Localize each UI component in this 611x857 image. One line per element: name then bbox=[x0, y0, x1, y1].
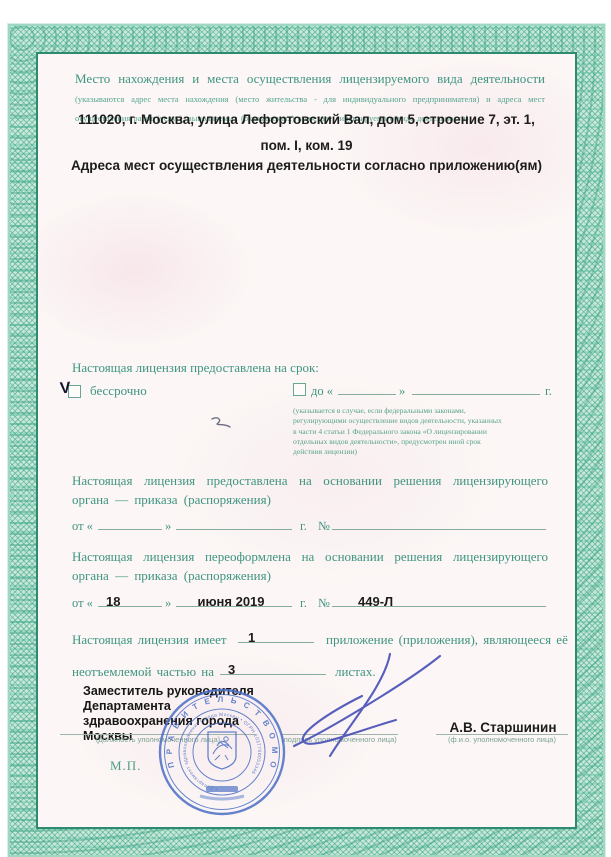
address-line-2: пом. I, ком. 19 bbox=[38, 138, 575, 153]
granted-day-field[interactable] bbox=[98, 515, 162, 530]
until-label: до « bbox=[311, 384, 333, 399]
perpetual-checkbox-mark: V bbox=[59, 380, 71, 399]
stamp-coat-of-arms bbox=[208, 732, 236, 769]
reissued-from-label: от « bbox=[72, 596, 93, 611]
term-section-label: Настоящая лицензия предоставлена на срок… bbox=[72, 360, 319, 376]
address-line-3: Адреса мест осуществления деятельности с… bbox=[38, 158, 575, 173]
signature-ink bbox=[268, 634, 458, 784]
term-note: (указывается в случае, если федеральными… bbox=[293, 406, 505, 457]
until-year-suffix: г. bbox=[545, 384, 552, 399]
until-quote-close: » bbox=[399, 384, 405, 399]
certificate-guilloche-border: Место нахождения и места осуществления л… bbox=[8, 24, 605, 834]
perpetual-label: бессрочно bbox=[90, 383, 147, 399]
certificate-content-area: Место нахождения и места осуществления л… bbox=[36, 52, 577, 829]
stamp-inner-ring-text: • Департамент здравоохранения города Мос… bbox=[183, 712, 262, 791]
granted-section-text: Настоящая лицензия предоставлена на осно… bbox=[72, 472, 548, 510]
annex-part1: Настоящая лицензия имеет bbox=[72, 632, 227, 648]
granted-year-suffix: г. bbox=[300, 519, 307, 534]
annex-count-value: 1 bbox=[248, 630, 255, 645]
location-section-main-text: Место нахождения и места осуществления л… bbox=[75, 71, 545, 86]
reissued-number-label: № bbox=[318, 596, 330, 611]
granted-date-field[interactable] bbox=[176, 515, 292, 530]
granted-number-label: № bbox=[318, 519, 330, 534]
reissued-year-suffix: г. bbox=[300, 596, 307, 611]
svg-text:• Департамент здравоохранения: • Департамент здравоохранения города Мос… bbox=[183, 712, 262, 791]
granted-number-field[interactable] bbox=[332, 515, 546, 530]
stamp-bottom-banner bbox=[206, 786, 238, 792]
reissued-number-value: 449-Л bbox=[358, 594, 393, 609]
reissued-section-text: Настоящая лицензия переоформлена на осно… bbox=[72, 548, 548, 586]
ink-smudge-mark bbox=[208, 414, 234, 432]
seal-place-label: М.П. bbox=[110, 758, 141, 774]
reissued-day-value: 18 bbox=[106, 594, 120, 609]
address-line-1: 111020, г. Москва, улица Лефортовский Ва… bbox=[38, 112, 575, 127]
until-year-field[interactable] bbox=[412, 380, 540, 395]
until-day-field[interactable] bbox=[338, 380, 396, 395]
reissued-date-value: июня 2019 bbox=[166, 594, 296, 609]
granted-quote-close: » bbox=[165, 519, 171, 534]
granted-from-label: от « bbox=[72, 519, 93, 534]
until-date-checkbox[interactable] bbox=[293, 383, 306, 396]
